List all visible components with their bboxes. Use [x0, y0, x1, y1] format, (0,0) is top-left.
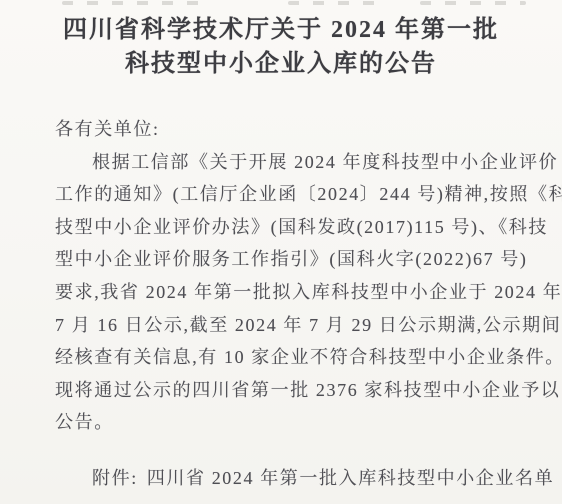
body-text-line: 工作的通知》(工信厅企业函〔2024〕244 号)精神,按照《科 — [55, 178, 521, 211]
document-title: 四川省科学技术厅关于 2024 年第一批 科技型中小企业入库的公告 — [0, 13, 562, 81]
cropped-line-artifact — [62, 1, 212, 5]
body-text-line: 型中小企业评价服务工作指引》(国科火字(2022)67 号) — [55, 243, 521, 276]
cropped-line-artifact — [288, 1, 388, 5]
attachment-text: 四川省 2024 年第一批入库科技型中小企业名单 — [147, 468, 554, 488]
salutation: 各有关单位: — [55, 113, 521, 146]
body-text-line: 现将通过公示的四川省第一批 2376 家科技型中小企业予以 — [55, 374, 521, 407]
attachment-line: 附件:四川省 2024 年第一批入库科技型中小企业名单 — [92, 462, 554, 495]
attachment-label: 附件: — [92, 468, 138, 488]
body-text-line: 技型中小企业评价办法》(国科发政(2017)115 号)、《科技 — [55, 211, 521, 244]
body-text-line: 公告。 — [55, 406, 521, 439]
body-text-line: 经核查有关信息,有 10 家企业不符合科技型中小企业条件。 — [55, 341, 521, 374]
body-text-line: 根据工信部《关于开展 2024 年度科技型中小企业评价 — [55, 146, 521, 179]
document-page: 四川省科学技术厅关于 2024 年第一批 科技型中小企业入库的公告 各有关单位:… — [0, 0, 562, 504]
body-text-line: 要求,我省 2024 年第一批拟入库科技型中小企业于 2024 年 — [55, 276, 521, 309]
body-text-line: 7 月 16 日公示,截至 2024 年 7 月 29 日公示期满,公示期间 — [55, 309, 521, 342]
document-title-line1: 四川省科学技术厅关于 2024 年第一批 — [0, 13, 562, 47]
announcement-body: 各有关单位: 根据工信部《关于开展 2024 年度科技型中小企业评价 工作的通知… — [55, 113, 521, 439]
cropped-line-artifact — [420, 1, 526, 5]
document-title-line2: 科技型中小企业入库的公告 — [0, 47, 562, 81]
